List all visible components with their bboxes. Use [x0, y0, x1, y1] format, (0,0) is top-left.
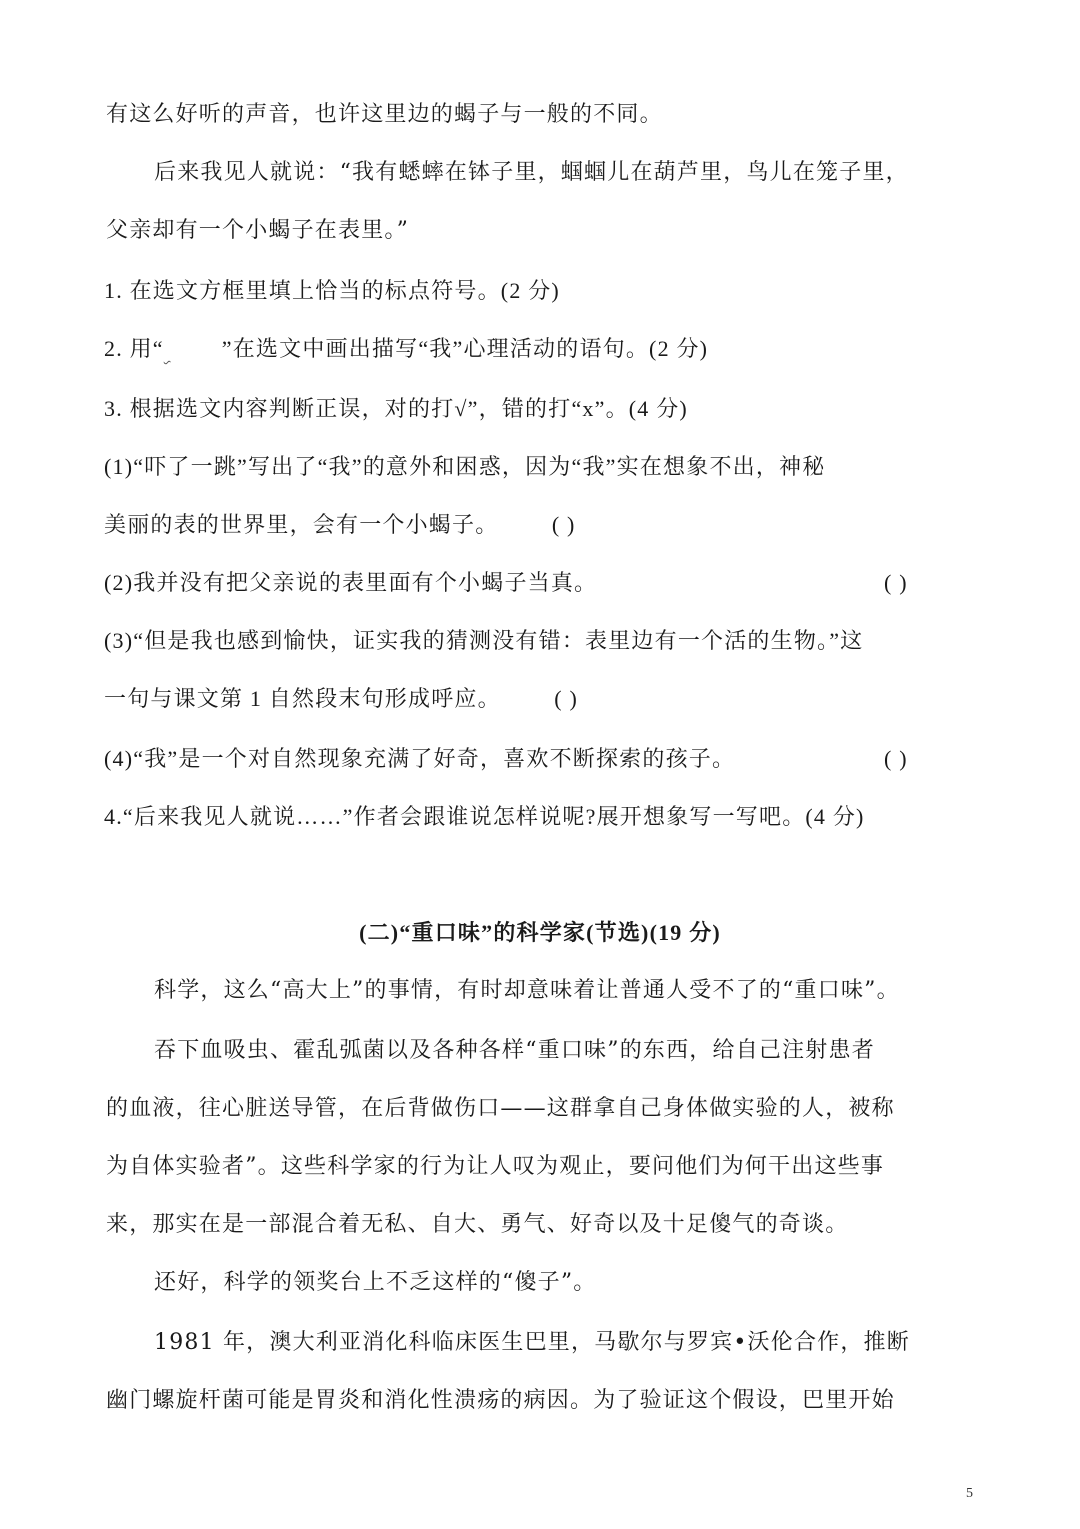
passage-line: 有这么好听的声音，也许这里边的蝎子与一般的不同。	[106, 100, 1080, 130]
question-2-prefix: 2. 用“	[104, 336, 164, 361]
question-3-item-2-text: (2)我并没有把父亲说的表里面有个小蝎子当真。	[104, 570, 597, 595]
passage-line: 后来我见人就说：“我有蟋蟀在钵子里，蝈蝈儿在葫芦里，鸟儿在笼子里，	[154, 158, 1080, 188]
question-3-item-4: (4)“我”是一个对自然现象充满了好奇，喜欢不断探索的孩子。 ( )	[104, 744, 1080, 774]
passage-line: 父亲却有一个小蝎子在表里。”	[106, 216, 1080, 246]
question-3: 3. 根据选文内容判断正误，对的打√”，错的打“x”。(4 分)	[104, 394, 1080, 424]
answer-blank-2[interactable]: ( )	[884, 568, 908, 598]
passage-line: 吞下血吸虫、霍乱弧菌以及各种各样“重口味”的东西，给自己注射患者	[154, 1036, 1080, 1066]
question-2: 2. 用“ ”在选文中画出描写“我”心理活动的语句。(2 分)	[104, 334, 1080, 364]
passage-line: 的血液，往心脏送导管，在后背做伤口——这群拿自己身体做实验的人，被称	[106, 1094, 1080, 1124]
question-2-suffix: ”在选文中画出描写“我”心理活动的语句。(2 分)	[222, 336, 708, 361]
passage-line: 科学，这么“高大上”的事情，有时却意味着让普通人受不了的“重口味”。	[154, 976, 1080, 1006]
wavy-underline-sample	[164, 334, 222, 354]
answer-blank-4[interactable]: ( )	[884, 744, 908, 774]
question-3-item-3-line-1: (3)“但是我也感到愉快，证实我的猜测没有错：表里边有一个活的生物。”这	[104, 626, 1080, 656]
answer-blank-1[interactable]: ( )	[552, 510, 576, 540]
passage-line: 还好，科学的领奖台上不乏这样的“傻子”。	[154, 1268, 1080, 1298]
question-1: 1. 在选文方框里填上恰当的标点符号。(2 分)	[104, 276, 1080, 306]
answer-blank-3[interactable]: ( )	[554, 684, 578, 714]
question-3-item-4-text: (4)“我”是一个对自然现象充满了好奇，喜欢不断探索的孩子。	[104, 746, 735, 771]
page-number: 5	[966, 1486, 973, 1502]
question-4: 4.“后来我见人就说……”作者会跟谁说怎样说呢?展开想象写一写吧。(4 分)	[104, 802, 1080, 832]
passage-line: 幽门螺旋杆菌可能是胃炎和消化性溃疡的病因。为了验证这个假设，巴里开始	[106, 1386, 1080, 1416]
passage-line: 来，那实在是一部混合着无私、自大、勇气、好奇以及十足傻气的奇谈。	[106, 1210, 1080, 1240]
passage-line: 1981 年，澳大利亚消化科临床医生巴里，马歇尔与罗宾•沃伦合作，推断	[154, 1328, 1080, 1358]
question-3-item-1-line-2: 美丽的表的世界里，会有一个小蝎子。 ( )	[104, 510, 1080, 540]
question-3-item-3-line-2: 一句与课文第 1 自然段末句形成呼应。 ( )	[104, 684, 1080, 714]
question-3-item-2: (2)我并没有把父亲说的表里面有个小蝎子当真。 ( )	[104, 568, 1080, 598]
question-3-item-3-text: 一句与课文第 1 自然段末句形成呼应。	[104, 686, 501, 711]
passage-line: 为自体实验者”。这些科学家的行为让人叹为观止，要问他们为何干出这些事	[106, 1152, 1080, 1182]
section-title: (二)“重口味”的科学家(节选)(19 分)	[0, 918, 1080, 948]
question-3-item-1-text: 美丽的表的世界里，会有一个小蝎子。	[104, 512, 498, 537]
question-3-item-1-line-1: (1)“吓了一跳”写出了“我”的意外和困惑，因为“我”实在想象不出，神秘	[104, 452, 1080, 482]
